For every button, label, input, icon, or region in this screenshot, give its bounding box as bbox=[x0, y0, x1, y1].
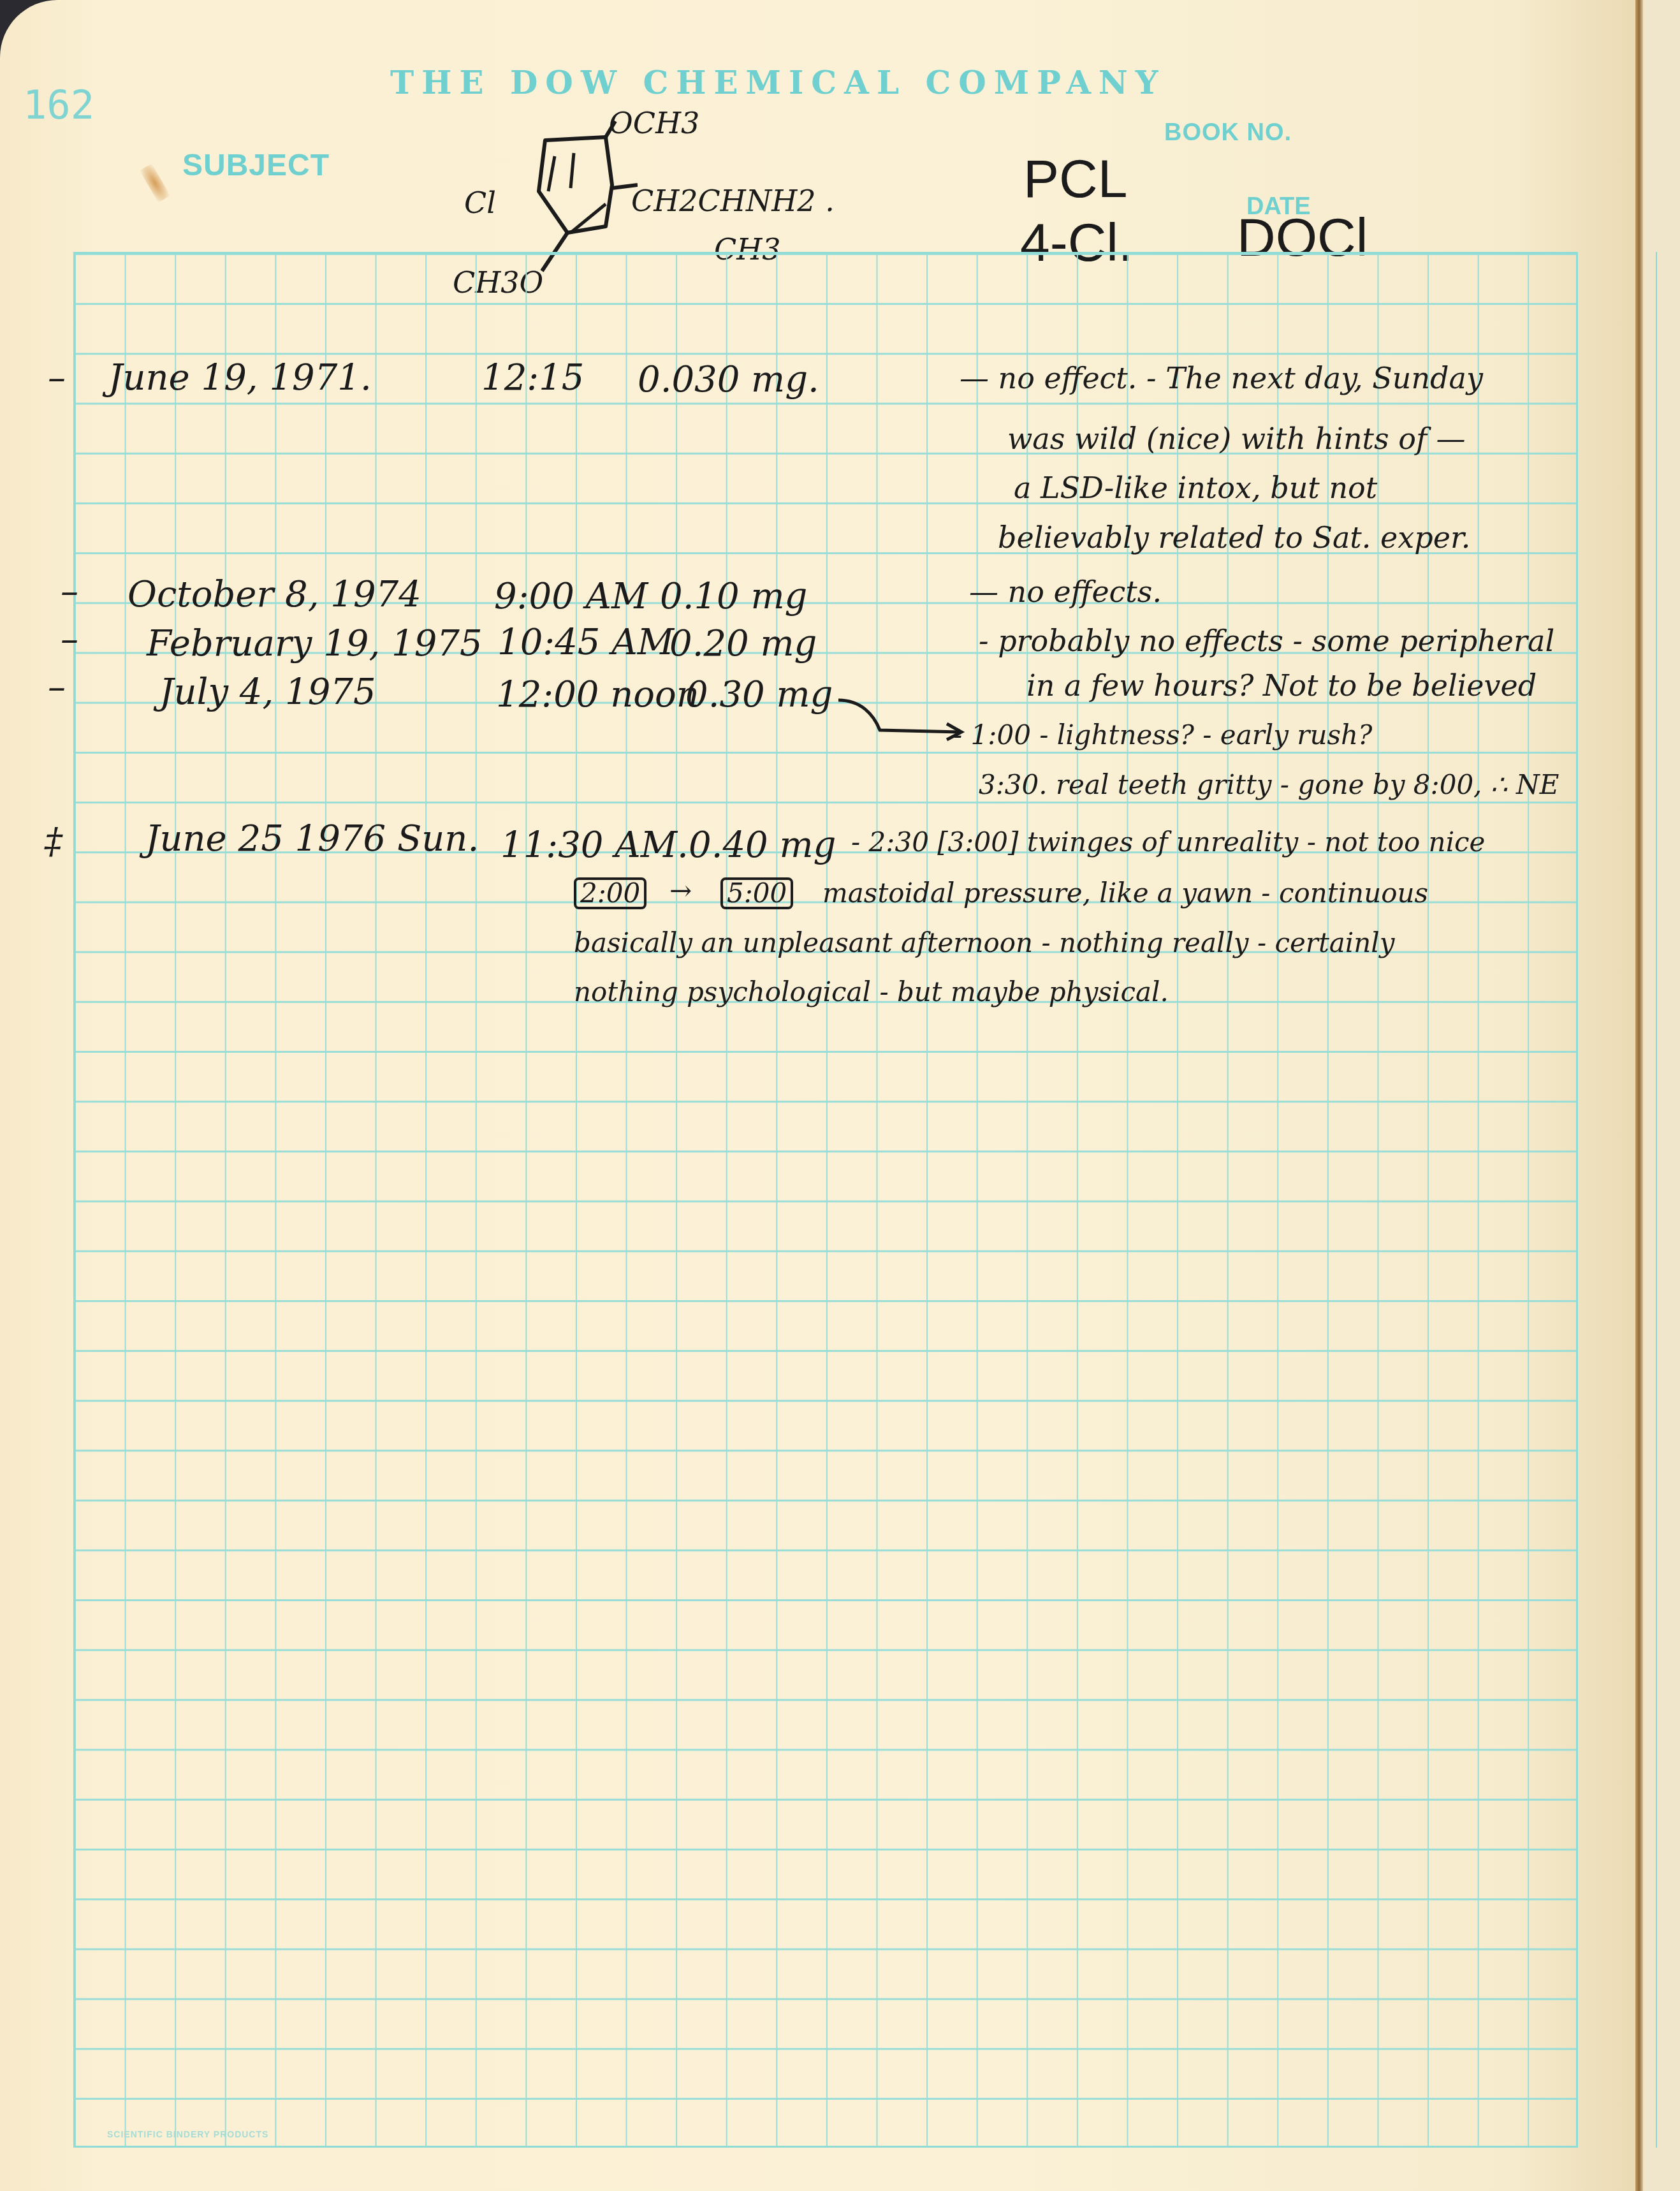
entry-time: 10:45 AM bbox=[497, 625, 674, 661]
entry-dose: 0.30 mg bbox=[685, 677, 833, 713]
notebook-spine bbox=[1635, 0, 1643, 2191]
entry-date: June 25 1976 Sun. bbox=[145, 821, 479, 857]
entry-time: 9:00 AM bbox=[494, 579, 648, 615]
entry-note-line: mastoidal pressure, like a yawn - contin… bbox=[822, 880, 1428, 907]
arrow-glyph: → bbox=[669, 877, 692, 904]
entry-date: October 8, 1974 bbox=[128, 577, 421, 613]
entry-time: 11:30 AM. bbox=[500, 828, 689, 863]
notebook-page: 162 THE DOW CHEMICAL COMPANY SUBJECT BOO… bbox=[0, 0, 1645, 2191]
entry-note-line: nothing psychological - but maybe physic… bbox=[574, 979, 1169, 1006]
side-chain: CH2CHNH2 . bbox=[631, 186, 835, 216]
subject-label: SUBJECT bbox=[182, 148, 330, 183]
entry-time: 12:15 bbox=[481, 360, 584, 396]
boxed-time-start: 2:00 bbox=[574, 877, 646, 909]
entry-dose: 0.40 mg bbox=[689, 828, 836, 863]
entry-time: 12:00 noon bbox=[496, 677, 699, 713]
adjacent-page-edge bbox=[1643, 0, 1680, 2191]
page-number: 162 bbox=[23, 82, 94, 128]
adjacent-grid-edge bbox=[1656, 252, 1657, 2148]
entry-note-line: — no effects. bbox=[969, 577, 1162, 606]
entry-dose: 0.20 mg bbox=[669, 626, 817, 662]
entry-date: July 4, 1975 bbox=[159, 675, 376, 710]
entry-note-line: - 2:30 [3:00] twinges of unreality - not… bbox=[851, 829, 1485, 856]
entry-date: June 19, 1971. bbox=[108, 360, 372, 396]
entry-dose: 0.030 mg. bbox=[638, 362, 819, 398]
entry-marker: ‡ bbox=[45, 824, 62, 860]
bindery-imprint: SCIENTIFIC BINDERY PRODUCTS bbox=[107, 2129, 268, 2139]
entry-note-line: - probably no effects - some peripheral bbox=[979, 626, 1554, 656]
substituent-left: Cl bbox=[464, 188, 496, 217]
entry-marker: – bbox=[48, 670, 66, 705]
entry-note-line: was wild (nice) with hints of — bbox=[1007, 424, 1466, 453]
entry-note-line: - 1:00 - lightness? - early rush? bbox=[953, 722, 1373, 749]
entry-note-line: believably related to Sat. exper. bbox=[998, 523, 1470, 552]
entry-marker: – bbox=[61, 622, 78, 657]
compound-code-line1: PCL bbox=[1023, 152, 1127, 205]
entry-note-line: — no effect. - The next day, Sunday bbox=[960, 363, 1483, 393]
entry-marker: – bbox=[61, 574, 78, 610]
entry-note-line: 3:30. real teeth gritty - gone by 8:00, … bbox=[979, 772, 1559, 798]
entry-dose: 0.10 mg bbox=[660, 579, 807, 615]
entry-note-line: a LSD-like intox, but not bbox=[1014, 473, 1377, 502]
arrow-icon bbox=[835, 695, 969, 746]
company-header: THE DOW CHEMICAL COMPANY bbox=[390, 64, 1165, 101]
entry-note-line: basically an unpleasant afternoon - noth… bbox=[574, 930, 1394, 956]
entry-date: February 19, 1975 bbox=[147, 626, 483, 662]
boxed-time-end: 5:00 bbox=[720, 877, 793, 909]
paper-stain bbox=[140, 163, 170, 202]
substituent-top: OCH3 bbox=[609, 108, 699, 138]
entry-marker: – bbox=[48, 360, 66, 396]
book-number-label: BOOK NO. bbox=[1164, 119, 1292, 147]
entry-note-line: in a few hours? Not to be believed bbox=[1026, 671, 1537, 700]
